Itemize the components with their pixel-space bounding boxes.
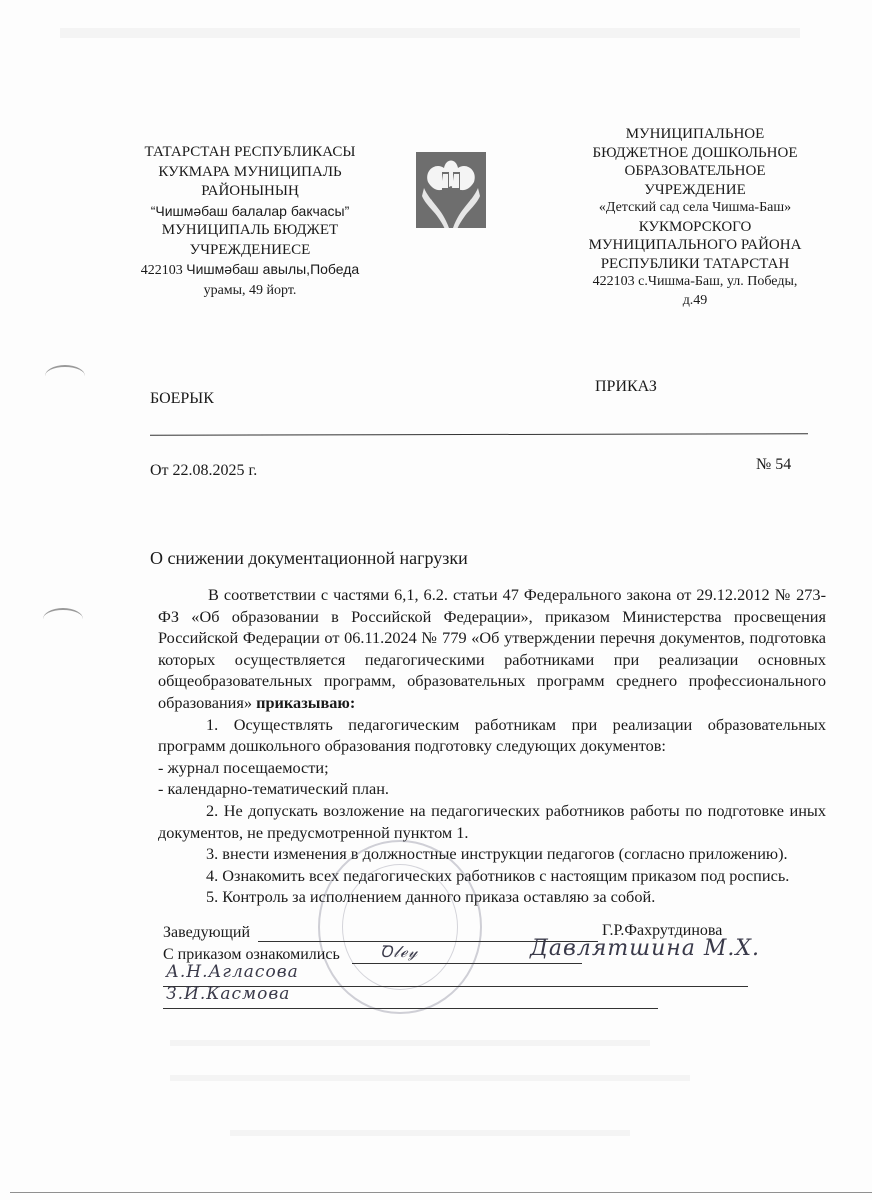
handwritten-signature: Ꝺ𝓁ℯ𝓎 [380, 940, 438, 962]
signature-line [163, 1008, 658, 1009]
header-line: МУНИЦИПАЛЬНОГО РАЙОНА [545, 236, 845, 255]
preamble: В соответствии с частями 6,1, 6.2. стать… [158, 584, 826, 714]
page-edge-line [10, 1192, 872, 1193]
header-line: МУНИЦИПАЛЬНОЕ [545, 125, 845, 144]
scan-artifact [170, 1075, 690, 1081]
header-line: КУКМАРА МУНИЦИПАЛЬ [100, 163, 400, 183]
header-address-line2: д.49 [545, 292, 845, 311]
list-item: - журнал посещаемости; [158, 757, 826, 779]
order-body: В соответствии с частями 6,1, 6.2. стать… [158, 584, 826, 908]
signature-line [352, 963, 582, 964]
handwritten-name: З.И.Касмова [166, 984, 290, 1004]
handwritten-name: А.Н.Агласова [166, 962, 299, 982]
header-divider [150, 433, 808, 435]
address-street: Чишмәбаш авылы,Победа [186, 261, 359, 277]
header-address: 422103 Чишмәбаш авылы,Победа [100, 260, 400, 281]
official-stamp [318, 840, 482, 1014]
coat-of-arms-icon [416, 152, 486, 228]
scan-artifact [60, 28, 800, 38]
doc-type-tatar: БОЕРЫК [150, 390, 214, 408]
header-line: МУНИЦИПАЛЬ БЮДЖЕТ [100, 221, 400, 241]
handwritten-name: Давлятшина М.Х. [530, 936, 760, 961]
scan-artifact [230, 1130, 630, 1136]
header-line: БЮДЖЕТНОЕ ДОШКОЛЬНОЕ [545, 144, 845, 163]
header-line: “Чишмәбаш балалар бакчасы” [100, 202, 400, 222]
header-russian: МУНИЦИПАЛЬНОЕ БЮДЖЕТНОЕ ДОШКОЛЬНОЕ ОБРАЗ… [545, 125, 845, 310]
header-line: УЧРЕЖДЕНИЕСЕ [100, 241, 400, 261]
header-address-line2: урамы, 49 йорт. [100, 281, 400, 301]
signature-role: Заведующий [163, 924, 250, 942]
order-number: № 54 [756, 456, 791, 474]
header-line: «Детский сад села Чишма-Баш» [545, 199, 845, 218]
header-line: ТАТАРСТАН РЕСПУБЛИКАСЫ [100, 143, 400, 163]
item-5: 5. Контроль за исполнением данного прика… [158, 886, 826, 908]
doc-type-russian: ПРИКАЗ [595, 378, 657, 396]
item-1: 1. Осуществлять педагогическим работника… [158, 714, 826, 757]
address-postcode: 422103 [141, 263, 183, 278]
item-4: 4. Ознакомить всех педагогических работн… [158, 865, 826, 887]
document-page: ТАТАРСТАН РЕСПУБЛИКАСЫ КУКМАРА МУНИЦИПАЛ… [0, 0, 872, 1200]
scan-artifact [170, 1040, 650, 1046]
header-line: ОБРАЗОВАТЕЛЬНОЕ [545, 162, 845, 181]
header-line: РЕСПУБЛИКИ ТАТАРСТАН [545, 255, 845, 274]
list-item: - календарно-тематический план. [158, 778, 826, 800]
punch-hole-mark [45, 365, 85, 387]
header-line: РАЙОНЫНЫҢ [100, 182, 400, 202]
header-address: 422103 с.Чишма-Баш, ул. Победы, [545, 273, 845, 292]
header-tatar: ТАТАРСТАН РЕСПУБЛИКАСЫ КУКМАРА МУНИЦИПАЛ… [100, 143, 400, 300]
order-keyword: приказываю: [256, 693, 355, 712]
order-title: О снижении документационной нагрузки [150, 548, 468, 569]
punch-hole-mark [43, 608, 83, 630]
item-2: 2. Не допускать возложение на педагогиче… [158, 800, 826, 843]
item-3: 3. внести изменения в должностные инстру… [158, 843, 826, 865]
header-line: КУКМОРСКОГО [545, 218, 845, 237]
header-line: УЧРЕЖДЕНИЕ [545, 181, 845, 200]
order-date: От 22.08.2025 г. [150, 462, 257, 480]
